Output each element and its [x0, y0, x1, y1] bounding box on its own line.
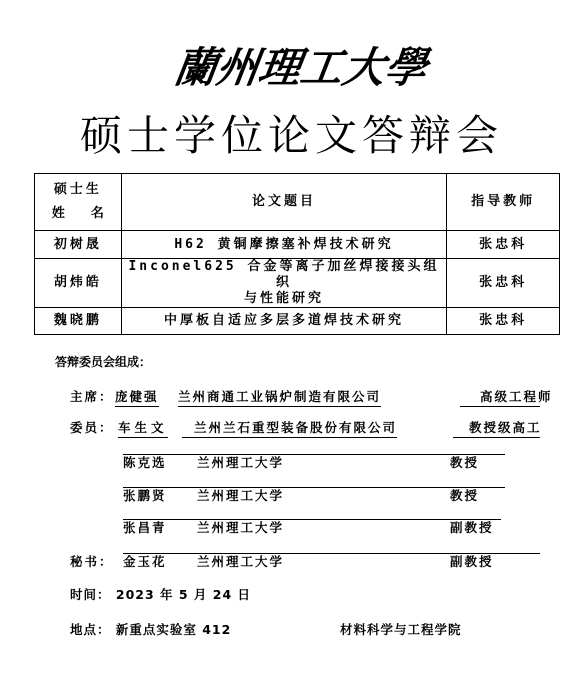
table-row: 魏晓鹏 中厚板自适应多层多道焊技术研究 张忠科 [35, 308, 560, 335]
defense-time: 时间： 2023 年 5 月 24 日 [70, 585, 251, 603]
student-name: 胡炜皓 [35, 259, 122, 308]
member-org: 兰州理工大学 [197, 486, 284, 504]
student-name: 魏晓鹏 [35, 308, 122, 335]
chair-title: 高级工程师 [460, 387, 540, 407]
header-name-line1: 硕士生 [54, 182, 102, 198]
thesis-title: H62 黄铜摩擦塞补焊技术研究 [121, 231, 446, 259]
thesis-title-line2: 与性能研究 [122, 291, 446, 307]
defense-location: 地点： 新重点实验室 412 [70, 620, 231, 638]
table-header-row: 硕士生 姓名 论文题目 指导教师 [35, 174, 560, 231]
time-value: 2023 年 5 月 24 日 [116, 587, 251, 602]
secretary-title: 副教授 [450, 552, 494, 570]
member-title: 副教授 [450, 518, 494, 536]
member-underline [123, 518, 501, 520]
member-title: 教授 [450, 486, 479, 504]
header-student-name: 硕士生 姓名 [35, 174, 122, 231]
member-org: 兰州理工大学 [197, 518, 284, 536]
time-label: 时间： [70, 587, 111, 602]
member-name: 陈克选 [123, 453, 167, 471]
advisor-name: 张忠科 [447, 231, 560, 259]
chair-org: 兰州商通工业锅炉制造有限公司 [178, 387, 381, 407]
secretary-name: 金玉花 [123, 552, 167, 570]
committee-chair-row: 主席： 庞健强 兰州商通工业锅炉制造有限公司 高级工程师 [70, 387, 540, 405]
advisor-name: 张忠科 [447, 259, 560, 308]
member-org: 兰州兰石重型装备股份有限公司 [182, 418, 397, 438]
thesis-title: Inconel625 合金等离子加丝焊接接头组织 与性能研究 [121, 259, 446, 308]
school-name: 材料科学与工程学院 [340, 620, 462, 638]
header-thesis-title: 论文题目 [121, 174, 446, 231]
secretary-label: 秘书： [70, 552, 114, 570]
member-title: 教授 [450, 453, 479, 471]
members-label: 委员： [70, 418, 114, 436]
advisor-name: 张忠科 [447, 308, 560, 335]
logo-char: 學 [381, 35, 431, 95]
chair-label: 主席： [70, 387, 114, 405]
university-logo: 蘭 州 理 工 大 學 [171, 36, 419, 94]
location-value: 新重点实验室 412 [116, 622, 231, 637]
table-row: 胡炜皓 Inconel625 合金等离子加丝焊接接头组织 与性能研究 张忠科 [35, 259, 560, 308]
student-name: 初树晟 [35, 231, 122, 259]
committee-secretary-row: 秘书： 金玉花 兰州理工大学 副教授 [70, 552, 540, 570]
member-org: 兰州理工大学 [197, 453, 284, 471]
thesis-table: 硕士生 姓名 论文题目 指导教师 初树晟 H62 黄铜摩擦塞补焊技术研究 张忠科… [34, 173, 560, 335]
member-name: 车生文 [118, 418, 168, 438]
committee-member-row: 委员： 车生文 兰州兰石重型装备股份有限公司 教授级高工 [70, 418, 540, 436]
committee-member-row: 张昌青 兰州理工大学 副教授 [123, 518, 501, 536]
committee-member-row: 张鹏贤 兰州理工大学 教授 [123, 486, 505, 504]
chair-name: 庞健强 [115, 387, 159, 407]
committee-heading: 答辩委员会组成： [55, 353, 151, 370]
thesis-title: 中厚板自适应多层多道焊技术研究 [121, 308, 446, 335]
header-name-line2: 姓名 [52, 206, 130, 222]
member-name: 张鹏贤 [123, 486, 167, 504]
secretary-org: 兰州理工大学 [197, 552, 284, 570]
member-underline [123, 486, 505, 488]
thesis-title-line1: Inconel625 合金等离子加丝焊接接头组织 [122, 259, 446, 291]
committee-member-row: 陈克选 兰州理工大学 教授 [123, 453, 505, 471]
member-name: 张昌青 [123, 518, 167, 536]
header-advisor: 指导教师 [447, 174, 560, 231]
location-label: 地点： [70, 622, 111, 637]
page-title: 硕士学位论文答辩会 [0, 108, 583, 164]
member-title: 教授级高工 [453, 418, 540, 438]
table-row: 初树晟 H62 黄铜摩擦塞补焊技术研究 张忠科 [35, 231, 560, 259]
member-underline [123, 453, 505, 455]
